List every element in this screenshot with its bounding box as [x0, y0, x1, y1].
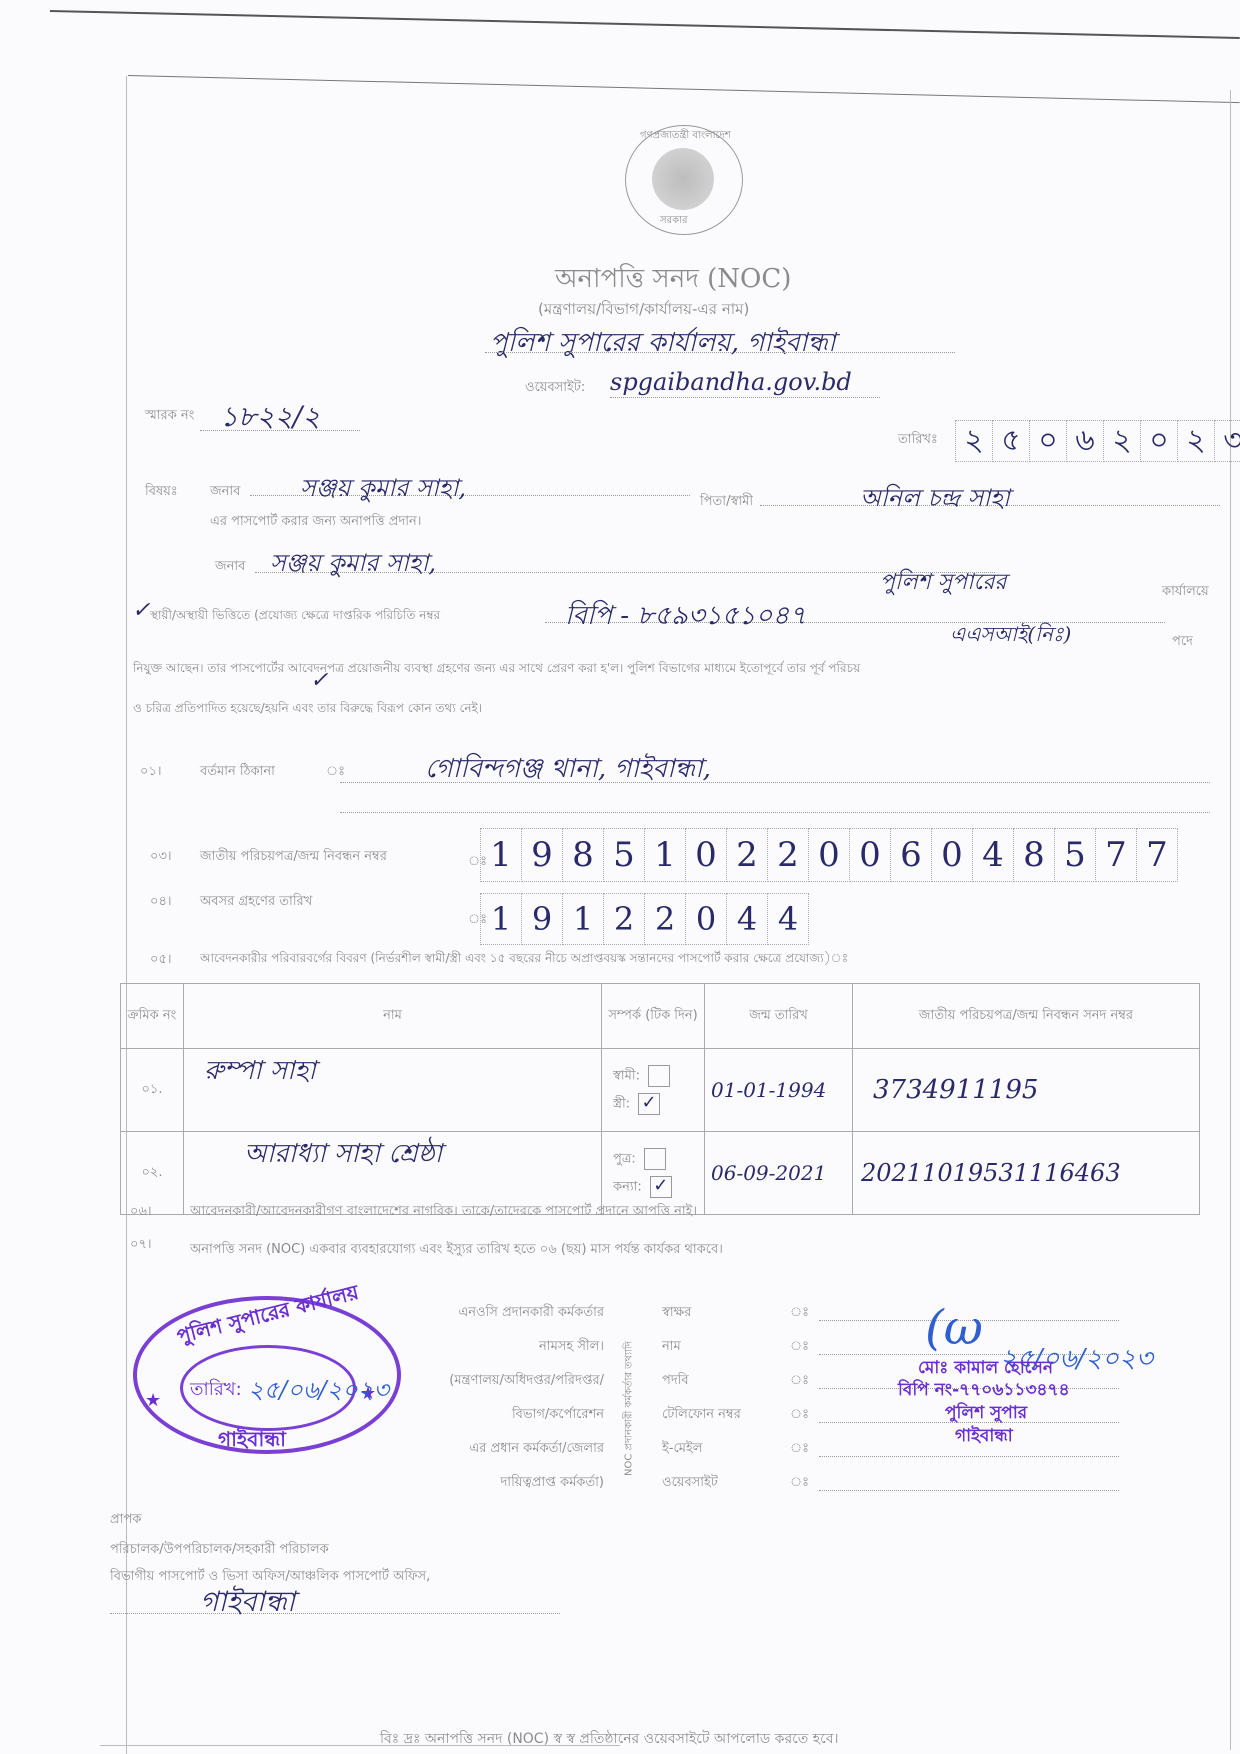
signatory-district: গাইবান্ধা — [955, 1423, 1013, 1451]
rel-wife-checkbox[interactable]: ✓ — [638, 1093, 660, 1115]
prl-digit-box: 1 — [562, 893, 604, 945]
applicant-name: সঞ্জয় কুমার সাহা, — [300, 470, 466, 510]
address-line-2 — [340, 812, 1210, 813]
form-left-border — [126, 76, 127, 1754]
address-value: গোবিন্দগঞ্জ থানা, গাইবান্ধা, — [425, 748, 711, 792]
header-relation: সম্পর্ক (টিক দিন) — [602, 984, 705, 1049]
family-intro-num: ০৫। — [150, 950, 172, 971]
rel-daughter-label: কন্যা: — [613, 1180, 642, 1195]
issuer-line: (মন্ত্রণালয়/অধিদপ্তর/পরিদপ্তর/ — [404, 1364, 604, 1398]
prl-digit-box: 4 — [767, 893, 809, 945]
nid-digit-box: 4 — [972, 828, 1014, 882]
date-digit-box: ০ — [1029, 420, 1067, 462]
recipient-label: প্রাপক — [110, 1510, 141, 1531]
row-nid: 20211019531116463 — [853, 1132, 1200, 1215]
tick-mark-2: ✓ — [310, 668, 328, 693]
nid-digit-box: 2 — [767, 828, 809, 882]
address-colon: ঃ — [326, 762, 345, 783]
office-name-line — [485, 352, 955, 353]
stamp-date-value: ২৫/০৬/২০২৩ — [248, 1372, 389, 1412]
family-intro: আবেদনকারীর পরিবারবর্গের বিবরণ (নির্ভরশীল… — [200, 950, 848, 970]
tick-mark: ✓ — [132, 598, 150, 623]
prl-digit-box: 0 — [685, 893, 727, 945]
body-janab-label: জনাব — [215, 557, 245, 578]
website-value: spgaibandha.gov.bd — [610, 368, 852, 396]
office-name: পুলিশ সুপারের কার্যালয়, গাইবান্ধা — [490, 322, 836, 366]
nid-digit-box: 5 — [603, 828, 645, 882]
issuer-field-labels: স্বাক্ষর নাম পদবি টেলিফোন নম্বর ই-মেইল ও… — [662, 1296, 741, 1500]
date-digit-box: ২ — [1177, 420, 1215, 462]
nid-digit-box: 8 — [562, 828, 604, 882]
body-name: সঞ্জয় কুমার সাহা, — [270, 545, 436, 585]
rel-son-label: পুত্র: — [613, 1151, 636, 1166]
row-name: রুম্পা সাহা — [184, 1049, 602, 1132]
date-digit-box: ৬ — [1066, 420, 1104, 462]
issuer-line: বিভাগ/কর্পোরেশন — [404, 1398, 604, 1432]
nid-digit-box: 9 — [521, 828, 563, 882]
address-num: ০১। — [140, 762, 162, 783]
janab-label: জনাব — [210, 482, 240, 503]
field-label-email: ই-মেইল — [662, 1432, 741, 1466]
father-label: পিতা/স্বামী — [700, 492, 753, 513]
nid-digit-box: 1 — [480, 828, 522, 882]
reference-label: স্মারক নং — [145, 406, 194, 427]
prl-boxes: 19122044 — [480, 893, 808, 945]
document-title: অনাপত্তি সনদ (NOC) — [555, 258, 791, 302]
designation-suffix: পদে — [1172, 632, 1193, 653]
row-serial: ০১. — [121, 1049, 184, 1132]
body-line3: নিযুক্ত আছেন। তার পাসপোর্টের আবেদনপত্র প… — [133, 660, 860, 680]
date-digit-box: ২ — [955, 420, 993, 462]
header-dob: জন্ম তারিখ — [705, 984, 853, 1049]
nid-digit-box: 5 — [1054, 828, 1096, 882]
reference-line — [200, 430, 360, 431]
rel-wife-label: স্ত্রী: — [613, 1097, 630, 1112]
office-suffix: কার্যালয়ে — [1162, 582, 1209, 603]
prl-digit-box: 2 — [603, 893, 645, 945]
note-1-num: ০৬। — [130, 1202, 152, 1223]
prl-num: ০৪। — [150, 892, 172, 913]
issuer-line: এর প্রধান কর্মকর্তা/জেলার — [404, 1432, 604, 1466]
nid-digit-box: 0 — [849, 828, 891, 882]
date-digit-box: ৩ — [1214, 420, 1240, 462]
date-digit-box: ৫ — [992, 420, 1030, 462]
recipient-city-line — [110, 1613, 560, 1614]
date-digit-box: ২ — [1103, 420, 1141, 462]
field-label-phone: টেলিফোন নম্বর — [662, 1398, 741, 1432]
row-dob: 01-01-1994 — [705, 1049, 853, 1132]
seal-emblem-icon — [652, 148, 714, 210]
nid-digit-box: 7 — [1136, 828, 1178, 882]
body-line4: ও চরিত্র প্রতিপাদিত হয়েছে/হয়নি এবং তার… — [133, 700, 482, 720]
note-2-text: অনাপত্তি সনদ (NOC) একবার ব্যবহারযোগ্য এব… — [190, 1240, 723, 1261]
nid-digit-box: 7 — [1095, 828, 1137, 882]
scan-edge-line — [50, 10, 1240, 39]
field-label-signature: স্বাক্ষর — [662, 1296, 741, 1330]
signature-mark: (ω — [925, 1300, 983, 1356]
designation: এএসআই(নিঃ) — [950, 620, 1071, 653]
family-table-header: ক্রমিক নং নাম সম্পর্ক (টিক দিন) জন্ম তার… — [121, 984, 1200, 1049]
header-name: নাম — [184, 984, 602, 1049]
rel-daughter-checkbox[interactable]: ✓ — [650, 1176, 672, 1198]
table-row: ০১. রুম্পা সাহা স্বামী: স্ত্রী:✓ 01-01-1… — [121, 1049, 1200, 1132]
recipient-city: গাইবান্ধা — [200, 1580, 295, 1627]
nid-digit-box: 0 — [685, 828, 727, 882]
note-1-text: আবেদনকারী/আবেদনকারীগণ বাংলাদেশের নাগরিক।… — [190, 1202, 697, 1223]
row-nid: 3734911195 — [853, 1049, 1200, 1132]
subject-tail: এর পাসপোর্ট করার জন্য অনাপত্তি প্রদান। — [210, 512, 421, 533]
prl-digit-box: 2 — [644, 893, 686, 945]
field-label-designation: পদবি — [662, 1364, 741, 1398]
nid-boxes: 19851022006048577 — [480, 828, 1177, 882]
website-label: ওয়েবসাইট: — [525, 378, 585, 399]
footer-rule — [100, 1745, 620, 1746]
nid-digit-box: 8 — [1013, 828, 1055, 882]
subject-label: বিষয়ঃ — [145, 482, 178, 503]
prl-digit-box: 4 — [726, 893, 768, 945]
rel-son-checkbox[interactable] — [644, 1148, 666, 1170]
prl-digit-box: 9 — [521, 893, 563, 945]
header-serial: ক্রমিক নং — [121, 984, 184, 1049]
footer-note: বিঃ দ্রঃ অনাপত্তি সনদ (NOC) স্ব স্ব প্রত… — [380, 1727, 839, 1751]
rel-husband-label: স্বামী: — [613, 1068, 640, 1083]
father-name: অনিল চন্দ্র সাহা — [860, 480, 1010, 520]
prl-digit-box: 1 — [480, 893, 522, 945]
official-id: বিপি - ৮৫৯৩১৫১০৪৭ — [565, 595, 806, 639]
body-office: পুলিশ সুপারের — [880, 565, 1007, 602]
form-right-border — [1230, 90, 1231, 1750]
family-table: ক্রমিক নং নাম সম্পর্ক (টিক দিন) জন্ম তার… — [120, 983, 1200, 1215]
seal-bottom-text: সরকার — [660, 213, 688, 230]
stamp-bottom-text: গাইবান্ধা — [218, 1425, 286, 1458]
document-subtitle: (মন্ত্রণালয়/বিভাগ/কার্যালয়-এর নাম) — [538, 298, 749, 323]
nid-digit-box: 0 — [931, 828, 973, 882]
issuer-field-line: ঃ — [790, 1466, 1119, 1500]
prl-label: অবসর গ্রহণের তারিখ — [200, 892, 312, 913]
nid-digit-box: 2 — [726, 828, 768, 882]
header-nid: জাতীয় পরিচয়পত্র/জন্ম নিবন্ধন সনদ নম্বর — [853, 984, 1200, 1049]
stamp-date-label: তারিখ: — [190, 1375, 242, 1406]
nid-digit-box: 6 — [890, 828, 932, 882]
website-line — [610, 397, 880, 398]
row-dob: 06-09-2021 — [705, 1132, 853, 1215]
form-top-border — [128, 75, 1240, 103]
seal-top-text: গণপ্রজাতন্ত্রী বাংলাদেশ — [640, 128, 731, 145]
rel-husband-checkbox[interactable] — [648, 1065, 670, 1087]
issuer-line: দায়িত্বপ্রাপ্ত কর্মকর্তা) — [404, 1466, 604, 1500]
nid-digit-box: 0 — [808, 828, 850, 882]
issuer-line: নামসহ সীল। — [404, 1330, 604, 1364]
note-2-num: ০৭। — [130, 1235, 152, 1256]
nid-num: ০৩। — [150, 847, 172, 868]
nid-digit-box: 1 — [644, 828, 686, 882]
date-digit-box: ০ — [1140, 420, 1178, 462]
issuer-left-block: এনওসি প্রদানকারী কর্মকর্তার নামসহ সীল। (… — [404, 1296, 604, 1500]
address-label: বর্তমান ঠিকানা — [200, 762, 275, 783]
date-label: তারিখঃ — [898, 430, 938, 451]
nid-label: জাতীয় পরিচয়পত্র/জন্ম নিবন্ধন নম্বর — [200, 847, 387, 868]
issuer-vertical-text: NOC প্রদানকারী কর্মকর্তার তথ্যাদি — [622, 1299, 639, 1519]
issuer-line: এনওসি প্রদানকারী কর্মকর্তার — [404, 1296, 604, 1330]
reference-number: ১৮২২/২ — [220, 395, 320, 442]
recipient-line-1: পরিচালক/উপপরিচালক/সহকারী পরিচালক — [110, 1540, 329, 1561]
field-label-name: নাম — [662, 1330, 741, 1364]
stamp-star-icon: ★ — [145, 1390, 161, 1411]
row-relation: স্বামী: স্ত্রী:✓ — [602, 1049, 705, 1132]
field-label-website: ওয়েবসাইট — [662, 1466, 741, 1500]
date-boxes: ২৫০৬২০২৩ — [955, 420, 1240, 462]
body-line2-prefix: স্থায়ী/অস্থায়ী ভিত্তিতে (প্রযোজ্য ক্ষে… — [150, 607, 440, 627]
